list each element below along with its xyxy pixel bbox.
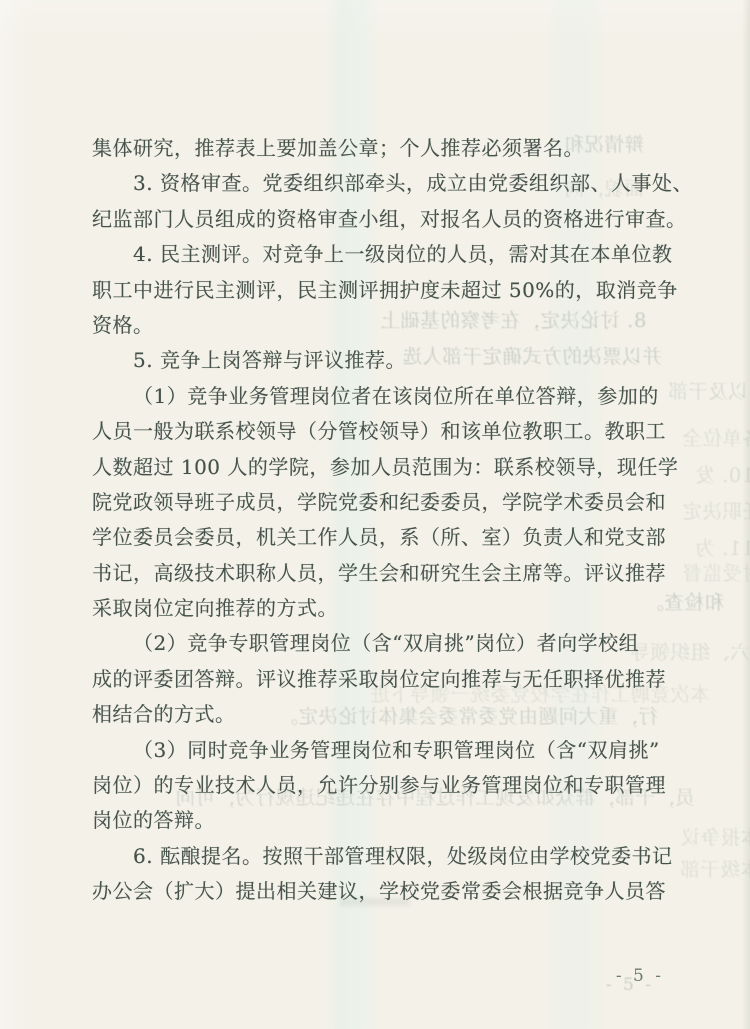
document-page: 集体研究，推荐表上要加盖公章；个人推荐必须署名。3. 资格审查。党委组织部牵头，… bbox=[0, 0, 750, 1029]
body-line: 人员一般为联系校领导（分管校领导）和该单位教职工。教职工 bbox=[92, 414, 672, 449]
body-line: 书记，高级技术职称人员，学生会和研究生会主席等。评议推荐 bbox=[92, 556, 672, 591]
body-line: 职工中进行民主测评，民主测评拥护度未超过 50%的，取消竞争 bbox=[92, 273, 672, 308]
body-line: （3）同时竞争业务管理岗位和专职管理岗位（含“双肩挑” bbox=[92, 733, 672, 768]
body-line: 院党政领导班子成员，学院党委和纪委委员，学院学术委员会和 bbox=[92, 485, 672, 520]
body-line: （1）竞争业务管理岗位者在该岗位所在单位答辩，参加的 bbox=[92, 379, 672, 414]
page-number: - 5 - bbox=[616, 966, 664, 986]
bleedthrough-line: 本报争议 bbox=[680, 826, 750, 850]
bleedthrough-line: 任职决定 bbox=[682, 500, 750, 524]
body-line: 岗位）的专业技术人员，允许分别参与业务管理岗位和专职管理 bbox=[92, 768, 672, 803]
body-line: 3. 资格审查。党委组织部牵头，成立由党委组织部、人事处、 bbox=[92, 166, 672, 201]
body-line: 成的评委团答辩。评议推荐采取岗位定向推荐与无任职择优推荐 bbox=[92, 662, 672, 697]
text-block: 集体研究，推荐表上要加盖公章；个人推荐必须署名。3. 资格审查。党委组织部牵头，… bbox=[92, 131, 672, 910]
body-line: （2）竞争专职管理岗位（含“双肩挑”岗位）者向学校组 bbox=[92, 626, 672, 661]
bleedthrough-line: 以及干部 bbox=[668, 380, 748, 404]
bleedthrough-line: 10. 发 bbox=[695, 464, 750, 488]
body-line: 5. 竞争上岗答辩与评议推荐。 bbox=[92, 343, 672, 378]
bleedthrough-line: 对受监督 bbox=[682, 562, 750, 586]
body-line: 纪监部门人员组成的资格审查小组，对报名人员的资格进行审查。 bbox=[92, 202, 672, 237]
bleedthrough-line: 11. 为 bbox=[695, 537, 750, 561]
body-line: 学位委员会委员，机关工作人员，系（所、室）负责人和党支部 bbox=[92, 520, 672, 555]
body-line: 资格。 bbox=[92, 308, 672, 343]
body-line: 办公会（扩大）提出相关建议，学校党委常委会根据竞争人员答 bbox=[92, 874, 672, 909]
bleedthrough-line: 各单位全 bbox=[682, 427, 750, 451]
body-line: 4. 民主测评。对竞争上一级岗位的人员，需对其在本单位教 bbox=[92, 237, 672, 272]
body-line: 6. 酝酿提名。按照干部管理权限，处级岗位由学校党委书记 bbox=[92, 839, 672, 874]
bleedthrough-line: 本级干部 bbox=[680, 858, 750, 882]
body-line: 岗位的答辩。 bbox=[92, 803, 672, 838]
body-line: 集体研究，推荐表上要加盖公章；个人推荐必须署名。 bbox=[92, 131, 672, 166]
body-line: 相结合的方式。 bbox=[92, 697, 672, 732]
body-line: 人数超过 100 人的学院，参加人员范围为：联系校领导，现任学 bbox=[92, 450, 672, 485]
body-line: 采取岗位定向推荐的方式。 bbox=[92, 591, 672, 626]
